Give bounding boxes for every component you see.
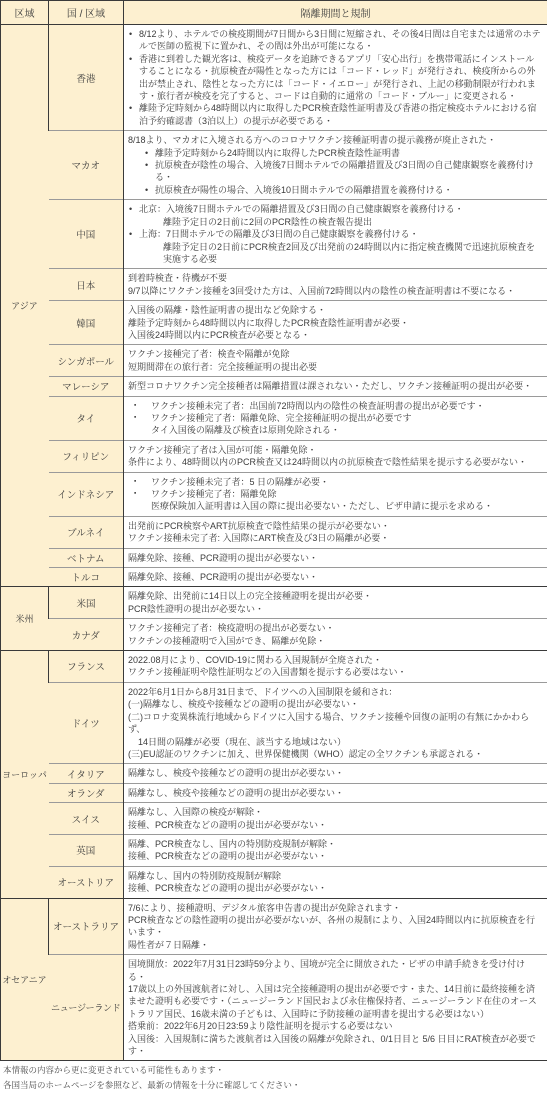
rule-line: (三)EU認証のワクチンに加え、世界保健機関（WHO）認定の全ワクチンも承認され… bbox=[128, 748, 542, 760]
country-cell: 中国 bbox=[49, 200, 124, 269]
rule-text: (一)隔離なし、検疫や接種などの證明の提出が必要ない・ bbox=[128, 698, 542, 710]
rule-text: 2022年6月1日から8月31日まで、ドイツへの入国制限を緩和され： bbox=[128, 686, 542, 698]
country-cell: 韓国 bbox=[49, 301, 124, 345]
rule-text: ワクチン接種完了者は入国が可能・隔離免除・ bbox=[128, 444, 542, 456]
rule-text: 隔離、PCR検査なし、国内の特別防疫規制が解除・ bbox=[128, 838, 542, 850]
bullet-icon: • bbox=[145, 147, 155, 159]
country-cell: ドイツ bbox=[49, 682, 124, 763]
table-row: スイス隔離なし、入国際の検疫が解除・接種、PCR検査などの證明の提出が必要がない… bbox=[1, 803, 547, 835]
rule-line: 9/7以降にワクチン接種を3回受けた方は、入国前72時間以内の陰性の検査証明書は… bbox=[128, 285, 542, 297]
country-cell: ベトナム bbox=[49, 548, 124, 567]
rule-text: 接種、PCR検査などの證明の提出が必要がない・ bbox=[128, 819, 542, 831]
country-cell: オーストリア bbox=[49, 866, 124, 898]
table-row: シンガポールワクチン接種完了者：検査や隔離が免除短期間滞在の旅行者：完全接種証明… bbox=[1, 345, 547, 377]
rule-text: 9/7以降にワクチン接種を3回受けた方は、入国前72時間以内の陰性の検査証明書は… bbox=[128, 285, 542, 297]
rule-line: •北京：入境後7日間ホテルでの隔離措置及び3日間の自己健康観察を義務付ける・ bbox=[128, 203, 542, 215]
rule-line: ワクチン接種完了者は入国が可能・隔離免除・ bbox=[128, 444, 542, 456]
table-row: 韓国入国後の隔離・陰性証明書の提出など免除する・離陸予定時刻から48時間以内に取… bbox=[1, 301, 547, 345]
rule-text: 国境開放：2022年7月31日23時59分より、国境が完全に開放された・ビザの申… bbox=[128, 958, 542, 983]
table-row: オーストリア隔離なし、国内の特別防疫規制が解除接種、PCR検査などの證明の提出が… bbox=[1, 866, 547, 898]
rule-text: 新型コロナワクチン完全接種者は隔離措置は課されない・ただし、ワクチン接種証明の提… bbox=[128, 380, 542, 392]
rules-cell: 隔離免除、出発前に14日以上の完全接種證明を提出が必要・PCR陰性證明の提出が必… bbox=[124, 587, 547, 619]
rule-text: PCR陰性證明の提出が必要ない・ bbox=[128, 603, 542, 615]
bullet-icon: • bbox=[128, 228, 139, 240]
rules-cell: 2022年6月1日から8月31日まで、ドイツへの入国制限を緩和され：(一)隔離な… bbox=[124, 682, 547, 763]
rule-line: 8/18より、マカオに入境される方へのコロナワクチン接種証明書の提示義務が廃止さ… bbox=[128, 134, 542, 146]
rule-line: 隔離、PCR検査なし、国内の特別防疫規制が解除・ bbox=[128, 838, 542, 850]
rule-text: 接種、PCR検査などの證明の提出が必要がない・ bbox=[128, 882, 542, 894]
region-cell: ヨーロッパ bbox=[1, 651, 49, 899]
table-row: ヨーロッパフランス2022.08月により、COVID-19に関わる入国規制が全廃… bbox=[1, 651, 547, 683]
table-row: ニュージーランド国境開放：2022年7月31日23時59分より、国境が完全に開放… bbox=[1, 955, 547, 1061]
rule-line: •離陸予定時刻から24時間以内に取得したPCR検査陰性証明書 bbox=[128, 147, 542, 159]
rules-cell: 2022.08月により、COVID-19に関わる入国規制が全廃された・ワクチン接… bbox=[124, 651, 547, 683]
rule-text: (三)EU認証のワクチンに加え、世界保健機関（WHO）認定の全ワクチンも承認され… bbox=[128, 748, 542, 760]
rule-line: 7/6により、接種證明、デジタル旅客申告書の提出が免除されます・ bbox=[128, 902, 542, 914]
rule-text: 隔離免除、接種、PCR證明の提出が必要ない・ bbox=[128, 571, 542, 583]
header-country: 国 / 区域 bbox=[49, 1, 124, 25]
rule-text: ワクチン接種完了者：検査や隔離が免除 bbox=[128, 348, 542, 360]
table-row: 英国隔離、PCR検査なし、国内の特別防疫規制が解除・接種、PCR検査などの證明の… bbox=[1, 834, 547, 866]
rule-text: タイ入国後の隔離及び検査は原則免除される・ bbox=[151, 424, 542, 436]
rule-line: 隔離免除、接種、PCR證明の提出が必要ない・ bbox=[128, 571, 542, 583]
rule-line: 隔離なし、検疫や接種などの證明の提出が必要ない・ bbox=[128, 767, 542, 779]
rule-text: 搭乗前：2022年6月20日23:59より陰性証明を提示する必要はない bbox=[128, 1020, 542, 1032]
region-cell: 米州 bbox=[1, 587, 49, 651]
rule-text: ワクチン接種未完了者: 入国際にART検査及び3日の隔離が必要・ bbox=[128, 532, 542, 544]
rule-text: ワクチン接種未完了者：出国前72時間以内の陰性の検査証明書の提出が必要です・ bbox=[151, 400, 542, 412]
rules-cell: 隔離なし、国内の特別防疫規制が解除接種、PCR検査などの證明の提出が必要がない・ bbox=[124, 866, 547, 898]
rule-text: 隔離なし、入国際の検疫が解除・ bbox=[128, 806, 542, 818]
rule-text: 離陸予定日の2日前にPCR検査2回及び出発前の24時間以内に指定検査機関で迅速抗… bbox=[163, 241, 542, 266]
rule-line: 到着時検査・待機が不要 bbox=[128, 272, 542, 284]
table-body: アジア香港•8/12より、ホテルでの検疫期間が7日間から3日間に短縮され、その後… bbox=[1, 25, 547, 1061]
rule-text: ワクチン接種完了者：検疫證明の提出が必要ない・ bbox=[128, 622, 542, 634]
country-cell: フランス bbox=[49, 651, 124, 683]
country-cell: タイ bbox=[49, 396, 124, 440]
square-bullet-icon: ▪ bbox=[134, 488, 151, 500]
rule-line: 接種、PCR検査などの證明の提出が必要がない・ bbox=[128, 882, 542, 894]
rule-line: 短期間滞在の旅行者：完全接種証明の提出必要 bbox=[128, 361, 542, 373]
rule-text: 北京：入境後7日間ホテルでの隔離措置及び3日間の自己健康観察を義務付ける・ bbox=[139, 203, 542, 215]
rule-line: 離陸予定日の2日前に2回のPCR陰性の検査報告提出 bbox=[128, 216, 542, 228]
rule-line: ▪ワクチン接種完了者：隔離免除、完全接種証明の提出が必要です bbox=[128, 412, 542, 424]
country-cell: トルコ bbox=[49, 568, 124, 587]
rule-line: 入国後の隔離・陰性証明書の提出など免除する・ bbox=[128, 304, 542, 316]
rule-text: 医療保険加入証明書は入国の際に提出必要ない・ただし、ビザ申請に提示を求める・ bbox=[151, 500, 542, 512]
rule-line: ワクチン接種証明や陰性証明などの入国書類を提示する必要はない・ bbox=[128, 666, 542, 678]
rules-cell: ▪ワクチン接種未完了者：5 日の隔離が必要・▪ワクチン接種完了者：隔離免除医療保… bbox=[124, 472, 547, 516]
rule-line: •香港に到着した観光客は、検疫データを追跡できるアプリ「安心出行」を携帯電話にイ… bbox=[128, 53, 542, 103]
rule-line: 入国後24時間以内にPCR検査が必要となる・ bbox=[128, 329, 542, 341]
footnote-1: 本情報の内容から更に変更されている可能性もあります・ bbox=[3, 1065, 544, 1075]
bullet-icon: • bbox=[128, 28, 139, 40]
rule-text: (二)コロナ変異株流行地域からドイツに入国する場合、ワクチン接種や回復の証明の有… bbox=[128, 711, 542, 736]
rules-cell: 隔離免除、接種、PCR證明の提出が必要ない・ bbox=[124, 548, 547, 567]
country-cell: シンガポール bbox=[49, 345, 124, 377]
country-cell: フィリピン bbox=[49, 440, 124, 472]
rules-cell: ワクチン接種完了者：検査や隔離が免除短期間滞在の旅行者：完全接種証明の提出必要 bbox=[124, 345, 547, 377]
rules-cell: •8/12より、ホテルでの検疫期間が7日間から3日間に短縮され、その後4日間は自… bbox=[124, 25, 547, 131]
country-cell: ニュージーランド bbox=[49, 955, 124, 1061]
country-cell: カナダ bbox=[49, 619, 124, 651]
table-row: アジア香港•8/12より、ホテルでの検疫期間が7日間から3日間に短縮され、その後… bbox=[1, 25, 547, 131]
rule-line: (二)コロナ変異株流行地域からドイツに入国する場合、ワクチン接種や回復の証明の有… bbox=[128, 711, 542, 736]
rules-cell: 7/6により、接種證明、デジタル旅客申告書の提出が免除されます・PCR検査などの… bbox=[124, 898, 547, 955]
table-row: 日本到着時検査・待機が不要9/7以降にワクチン接種を3回受けた方は、入国前72時… bbox=[1, 269, 547, 301]
table-row: マレーシア新型コロナワクチン完全接種者は隔離措置は課されない・ただし、ワクチン接… bbox=[1, 377, 547, 396]
bullet-icon: • bbox=[128, 102, 139, 114]
square-bullet-icon: ▪ bbox=[134, 476, 151, 488]
country-cell: ブルネイ bbox=[49, 516, 124, 548]
rules-cell: 出発前にPCR検察やART抗原検査で陰性結果の提示が必要ない・ワクチン接種未完了… bbox=[124, 516, 547, 548]
rule-text: 入国後：入国規制に満ちた渡航者は入国後の隔離が免除され、0/1日目と 5/6 日… bbox=[128, 1033, 542, 1058]
rule-line: 入国後：入国規制に満ちた渡航者は入国後の隔離が免除され、0/1日目と 5/6 日… bbox=[128, 1033, 542, 1058]
table-row: フィリピンワクチン接種完了者は入国が可能・隔離免除・条件により、48時間以内のP… bbox=[1, 440, 547, 472]
rule-text: 出発前にPCR検察やART抗原検査で陰性結果の提示が必要ない・ bbox=[128, 520, 542, 532]
rule-line: 陽性者が７日隔離・ bbox=[128, 939, 542, 951]
rules-cell: 隔離、PCR検査なし、国内の特別防疫規制が解除・接種、PCR検査などの證明の提出… bbox=[124, 834, 547, 866]
rule-line: ワクチン接種完了者：検査や隔離が免除 bbox=[128, 348, 542, 360]
country-cell: マレーシア bbox=[49, 377, 124, 396]
rule-text: 2022.08月により、COVID-19に関わる入国規制が全廃された・ bbox=[128, 654, 542, 666]
country-cell: マカオ bbox=[49, 131, 124, 200]
header-rules: 隔離期間と規制 bbox=[124, 1, 547, 25]
table-header: 区域 国 / 区域 隔離期間と規制 bbox=[1, 1, 547, 25]
table-row: オランダ隔離なし、検疫や接種などの證明の提出が必要ない・ bbox=[1, 783, 547, 802]
rule-line: 隔離なし、検疫や接種などの證明の提出が必要ない・ bbox=[128, 787, 542, 799]
rule-text: 離陸予定時刻から24時間以内に取得したPCR検査陰性証明書 bbox=[155, 147, 542, 159]
rule-line: •抗原検査が陽性の場合、入境後10日間ホテルでの隔離措置を義務付ける・ bbox=[128, 184, 542, 196]
country-cell: 日本 bbox=[49, 269, 124, 301]
rule-text: 隔離なし、検疫や接種などの證明の提出が必要ない・ bbox=[128, 787, 542, 799]
rule-text: 陽性者が７日隔離・ bbox=[128, 939, 542, 951]
rule-line: タイ入国後の隔離及び検査は原則免除される・ bbox=[128, 424, 542, 436]
rule-text: 短期間滞在の旅行者：完全接種証明の提出必要 bbox=[128, 361, 542, 373]
rules-cell: 到着時検査・待機が不要9/7以降にワクチン接種を3回受けた方は、入国前72時間以… bbox=[124, 269, 547, 301]
rule-text: 隔離なし、検疫や接種などの證明の提出が必要ない・ bbox=[128, 767, 542, 779]
table-row: ブルネイ出発前にPCR検察やART抗原検査で陰性結果の提示が必要ない・ワクチン接… bbox=[1, 516, 547, 548]
rule-text: 隔離なし、国内の特別防疫規制が解除 bbox=[128, 870, 542, 882]
rule-line: •離陸予定時刻から48時間以内に取得したPCR検査陰性証明書及び香港の指定検疫ホ… bbox=[128, 102, 542, 127]
rule-text: ワクチンの接種證明で入国ができ、隔離が免除・ bbox=[128, 635, 542, 647]
country-cell: スイス bbox=[49, 803, 124, 835]
rule-text: 隔離免除、出発前に14日以上の完全接種證明を提出が必要・ bbox=[128, 590, 542, 602]
bullet-icon: • bbox=[128, 203, 139, 215]
country-cell: 英国 bbox=[49, 834, 124, 866]
rule-line: 医療保険加入証明書は入国の際に提出必要ない・ただし、ビザ申請に提示を求める・ bbox=[128, 500, 542, 512]
rule-line: 2022.08月により、COVID-19に関わる入国規制が全廃された・ bbox=[128, 654, 542, 666]
rule-line: •上海：7日間ホテルでの隔離及び3日間の自己健康観察を義務付ける・ bbox=[128, 228, 542, 240]
rule-text: ワクチン接種完了者：隔離免除 bbox=[151, 488, 542, 500]
rule-line: 離陸予定時刻から48時間以内に取得したPCR検査陰性証明書が必要・ bbox=[128, 317, 542, 329]
rule-text: 接種、PCR検査などの證明の提出が必要がない・ bbox=[128, 850, 542, 862]
rule-line: PCR検査などの陰性證明の提出が必要がないが、各州の規制により、入国24時間以内… bbox=[128, 914, 542, 939]
square-bullet-icon: ▪ bbox=[134, 412, 151, 424]
rule-line: 国境開放：2022年7月31日23時59分より、国境が完全に開放された・ビザの申… bbox=[128, 958, 542, 983]
country-cell: 香港 bbox=[49, 25, 124, 131]
rule-text: 隔離免除、接種、PCR證明の提出が必要ない・ bbox=[128, 552, 542, 564]
rule-text: 入国後24時間以内にPCR検査が必要となる・ bbox=[128, 329, 542, 341]
rule-line: 条件により、48時間以内のPCR検査又は24時間以内の抗原検査で陰性結果を提示す… bbox=[128, 456, 542, 468]
region-cell: オセアニア bbox=[1, 898, 49, 1061]
rules-cell: 隔離なし、入国際の検疫が解除・接種、PCR検査などの證明の提出が必要がない・ bbox=[124, 803, 547, 835]
table-row: ドイツ2022年6月1日から8月31日まで、ドイツへの入国制限を緩和され：(一)… bbox=[1, 682, 547, 763]
rules-cell: ▪ワクチン接種未完了者：出国前72時間以内の陰性の検査証明書の提出が必要です・▪… bbox=[124, 396, 547, 440]
rule-line: 新型コロナワクチン完全接種者は隔離措置は課されない・ただし、ワクチン接種証明の提… bbox=[128, 380, 542, 392]
rule-text: ワクチン接種完了者：隔離免除、完全接種証明の提出が必要です bbox=[151, 412, 542, 424]
country-cell: インドネシア bbox=[49, 472, 124, 516]
rule-text: 離陸予定日の2日前に2回のPCR陰性の検査報告提出 bbox=[163, 216, 542, 228]
header-row: 区域 国 / 区域 隔離期間と規制 bbox=[1, 1, 547, 25]
rule-text: 離陸予定時刻から48時間以内に取得したPCR検査陰性証明書及び香港の指定検疫ホテ… bbox=[139, 102, 542, 127]
rule-line: 隔離なし、入国際の検疫が解除・ bbox=[128, 806, 542, 818]
quarantine-rules-table: 区域 国 / 区域 隔離期間と規制 アジア香港•8/12より、ホテルでの検疫期間… bbox=[0, 0, 547, 1061]
bullet-icon: • bbox=[145, 184, 155, 196]
country-cell: オーストラリア bbox=[49, 898, 124, 955]
rule-text: ワクチン接種未完了者：5 日の隔離が必要・ bbox=[151, 476, 542, 488]
rule-line: 出発前にPCR検察やART抗原検査で陰性結果の提示が必要ない・ bbox=[128, 520, 542, 532]
rule-text: 17歳以上の外国渡航者に対し、入国は完全接種證明の提出が必要です・また、14日前… bbox=[128, 983, 542, 1020]
country-cell: 米国 bbox=[49, 587, 124, 619]
table-row: マカオ8/18より、マカオに入境される方へのコロナワクチン接種証明書の提示義務が… bbox=[1, 131, 547, 200]
table-row: トルコ隔離免除、接種、PCR證明の提出が必要ない・ bbox=[1, 568, 547, 587]
header-region: 区域 bbox=[1, 1, 49, 25]
rules-cell: ワクチン接種完了者は入国が可能・隔離免除・条件により、48時間以内のPCR検査又… bbox=[124, 440, 547, 472]
rule-line: 接種、PCR検査などの證明の提出が必要がない・ bbox=[128, 819, 542, 831]
rules-cell: 隔離なし、検疫や接種などの證明の提出が必要ない・ bbox=[124, 783, 547, 802]
rule-text: 条件により、48時間以内のPCR検査又は24時間以内の抗原検査で陰性結果を提示す… bbox=[128, 456, 542, 468]
rule-text: PCR検査などの陰性證明の提出が必要がないが、各州の規制により、入国24時間以内… bbox=[128, 914, 542, 939]
table-row: インドネシア▪ワクチン接種未完了者：5 日の隔離が必要・▪ワクチン接種完了者：隔… bbox=[1, 472, 547, 516]
rule-line: ▪ワクチン接種完了者：隔離免除 bbox=[128, 488, 542, 500]
rule-line: 隔離免除、接種、PCR證明の提出が必要ない・ bbox=[128, 552, 542, 564]
rules-cell: 8/18より、マカオに入境される方へのコロナワクチン接種証明書の提示義務が廃止さ… bbox=[124, 131, 547, 200]
region-cell: アジア bbox=[1, 25, 49, 587]
table-row: 米州米国隔離免除、出発前に14日以上の完全接種證明を提出が必要・PCR陰性證明の… bbox=[1, 587, 547, 619]
rules-cell: ワクチン接種完了者：検疫證明の提出が必要ない・ワクチンの接種證明で入国ができ、隔… bbox=[124, 619, 547, 651]
rule-text: 上海：7日間ホテルでの隔離及び3日間の自己健康観察を義務付ける・ bbox=[139, 228, 542, 240]
table-row: イタリア隔離なし、検疫や接種などの證明の提出が必要ない・ bbox=[1, 764, 547, 783]
rule-text: 到着時検査・待機が不要 bbox=[128, 272, 542, 284]
rule-line: 搭乗前：2022年6月20日23:59より陰性証明を提示する必要はない bbox=[128, 1020, 542, 1032]
rule-text: 8/18より、マカオに入境される方へのコロナワクチン接種証明書の提示義務が廃止さ… bbox=[128, 134, 542, 146]
rule-line: (一)隔離なし、検疫や接種などの證明の提出が必要ない・ bbox=[128, 698, 542, 710]
country-cell: オランダ bbox=[49, 783, 124, 802]
table-row: カナダワクチン接種完了者：検疫證明の提出が必要ない・ワクチンの接種證明で入国がで… bbox=[1, 619, 547, 651]
rule-line: 隔離なし、国内の特別防疫規制が解除 bbox=[128, 870, 542, 882]
rule-line: ワクチン接種完了者：検疫證明の提出が必要ない・ bbox=[128, 622, 542, 634]
rule-line: 14日間の隔離が必要（現在、該当する地域はない） bbox=[128, 736, 542, 748]
bullet-icon: • bbox=[145, 159, 155, 171]
rule-line: ワクチンの接種證明で入国ができ、隔離が免除・ bbox=[128, 635, 542, 647]
rule-text: 離陸予定時刻から48時間以内に取得したPCR検査陰性証明書が必要・ bbox=[128, 317, 542, 329]
table-row: 中国•北京：入境後7日間ホテルでの隔離措置及び3日間の自己健康観察を義務付ける・… bbox=[1, 200, 547, 269]
table-row: ベトナム隔離免除、接種、PCR證明の提出が必要ない・ bbox=[1, 548, 547, 567]
rules-cell: 隔離なし、検疫や接種などの證明の提出が必要ない・ bbox=[124, 764, 547, 783]
rule-line: 隔離免除、出発前に14日以上の完全接種證明を提出が必要・ bbox=[128, 590, 542, 602]
rule-line: •8/12より、ホテルでの検疫期間が7日間から3日間に短縮され、その後4日間は自… bbox=[128, 28, 542, 53]
footnotes: 本情報の内容から更に変更されている可能性もあります・ 各国当局のホームページを参… bbox=[0, 1061, 547, 1090]
rules-cell: 隔離免除、接種、PCR證明の提出が必要ない・ bbox=[124, 568, 547, 587]
rule-line: 接種、PCR検査などの證明の提出が必要がない・ bbox=[128, 850, 542, 862]
rules-cell: 国境開放：2022年7月31日23時59分より、国境が完全に開放された・ビザの申… bbox=[124, 955, 547, 1061]
rule-text: 14日間の隔離が必要（現在、該当する地域はない） bbox=[138, 736, 542, 748]
rules-cell: •北京：入境後7日間ホテルでの隔離措置及び3日間の自己健康観察を義務付ける・離陸… bbox=[124, 200, 547, 269]
bullet-icon: • bbox=[128, 53, 139, 65]
table-row: タイ▪ワクチン接種未完了者：出国前72時間以内の陰性の検査証明書の提出が必要です… bbox=[1, 396, 547, 440]
rule-text: 入国後の隔離・陰性証明書の提出など免除する・ bbox=[128, 304, 542, 316]
rule-line: 17歳以上の外国渡航者に対し、入国は完全接種證明の提出が必要です・また、14日前… bbox=[128, 983, 542, 1020]
country-cell: イタリア bbox=[49, 764, 124, 783]
footnote-2: 各国当局のホームページを参照など、最新の情報を十分に確認してください・ bbox=[3, 1080, 544, 1090]
rule-line: •抗原検査が陰性の場合、入境後7日間ホテルでの隔離措置及び3日間の自己健康観察を… bbox=[128, 159, 542, 184]
rule-line: ワクチン接種未完了者: 入国際にART検査及び3日の隔離が必要・ bbox=[128, 532, 542, 544]
rule-line: PCR陰性證明の提出が必要ない・ bbox=[128, 603, 542, 615]
rules-cell: 新型コロナワクチン完全接種者は隔離措置は課されない・ただし、ワクチン接種証明の提… bbox=[124, 377, 547, 396]
rule-line: 2022年6月1日から8月31日まで、ドイツへの入国制限を緩和され： bbox=[128, 686, 542, 698]
rule-line: ▪ワクチン接種未完了者：5 日の隔離が必要・ bbox=[128, 476, 542, 488]
rule-text: 7/6により、接種證明、デジタル旅客申告書の提出が免除されます・ bbox=[128, 902, 542, 914]
rules-cell: 入国後の隔離・陰性証明書の提出など免除する・離陸予定時刻から48時間以内に取得し… bbox=[124, 301, 547, 345]
square-bullet-icon: ▪ bbox=[134, 400, 151, 412]
rule-text: 抗原検査が陽性の場合、入境後10日間ホテルでの隔離措置を義務付ける・ bbox=[155, 184, 542, 196]
rule-text: 香港に到着した観光客は、検疫データを追跡できるアプリ「安心出行」を携帯電話にイン… bbox=[139, 53, 542, 103]
rule-text: 8/12より、ホテルでの検疫期間が7日間から3日間に短縮され、その後4日間は自宅… bbox=[139, 28, 542, 53]
rule-text: ワクチン接種証明や陰性証明などの入国書類を提示する必要はない・ bbox=[128, 666, 542, 678]
rule-line: 離陸予定日の2日前にPCR検査2回及び出発前の24時間以内に指定検査機関で迅速抗… bbox=[128, 241, 542, 266]
rule-text: 抗原検査が陰性の場合、入境後7日間ホテルでの隔離措置及び3日間の自己健康観察を義… bbox=[155, 159, 542, 184]
table-row: オセアニアオーストラリア7/6により、接種證明、デジタル旅客申告書の提出が免除さ… bbox=[1, 898, 547, 955]
rule-line: ▪ワクチン接種未完了者：出国前72時間以内の陰性の検査証明書の提出が必要です・ bbox=[128, 400, 542, 412]
